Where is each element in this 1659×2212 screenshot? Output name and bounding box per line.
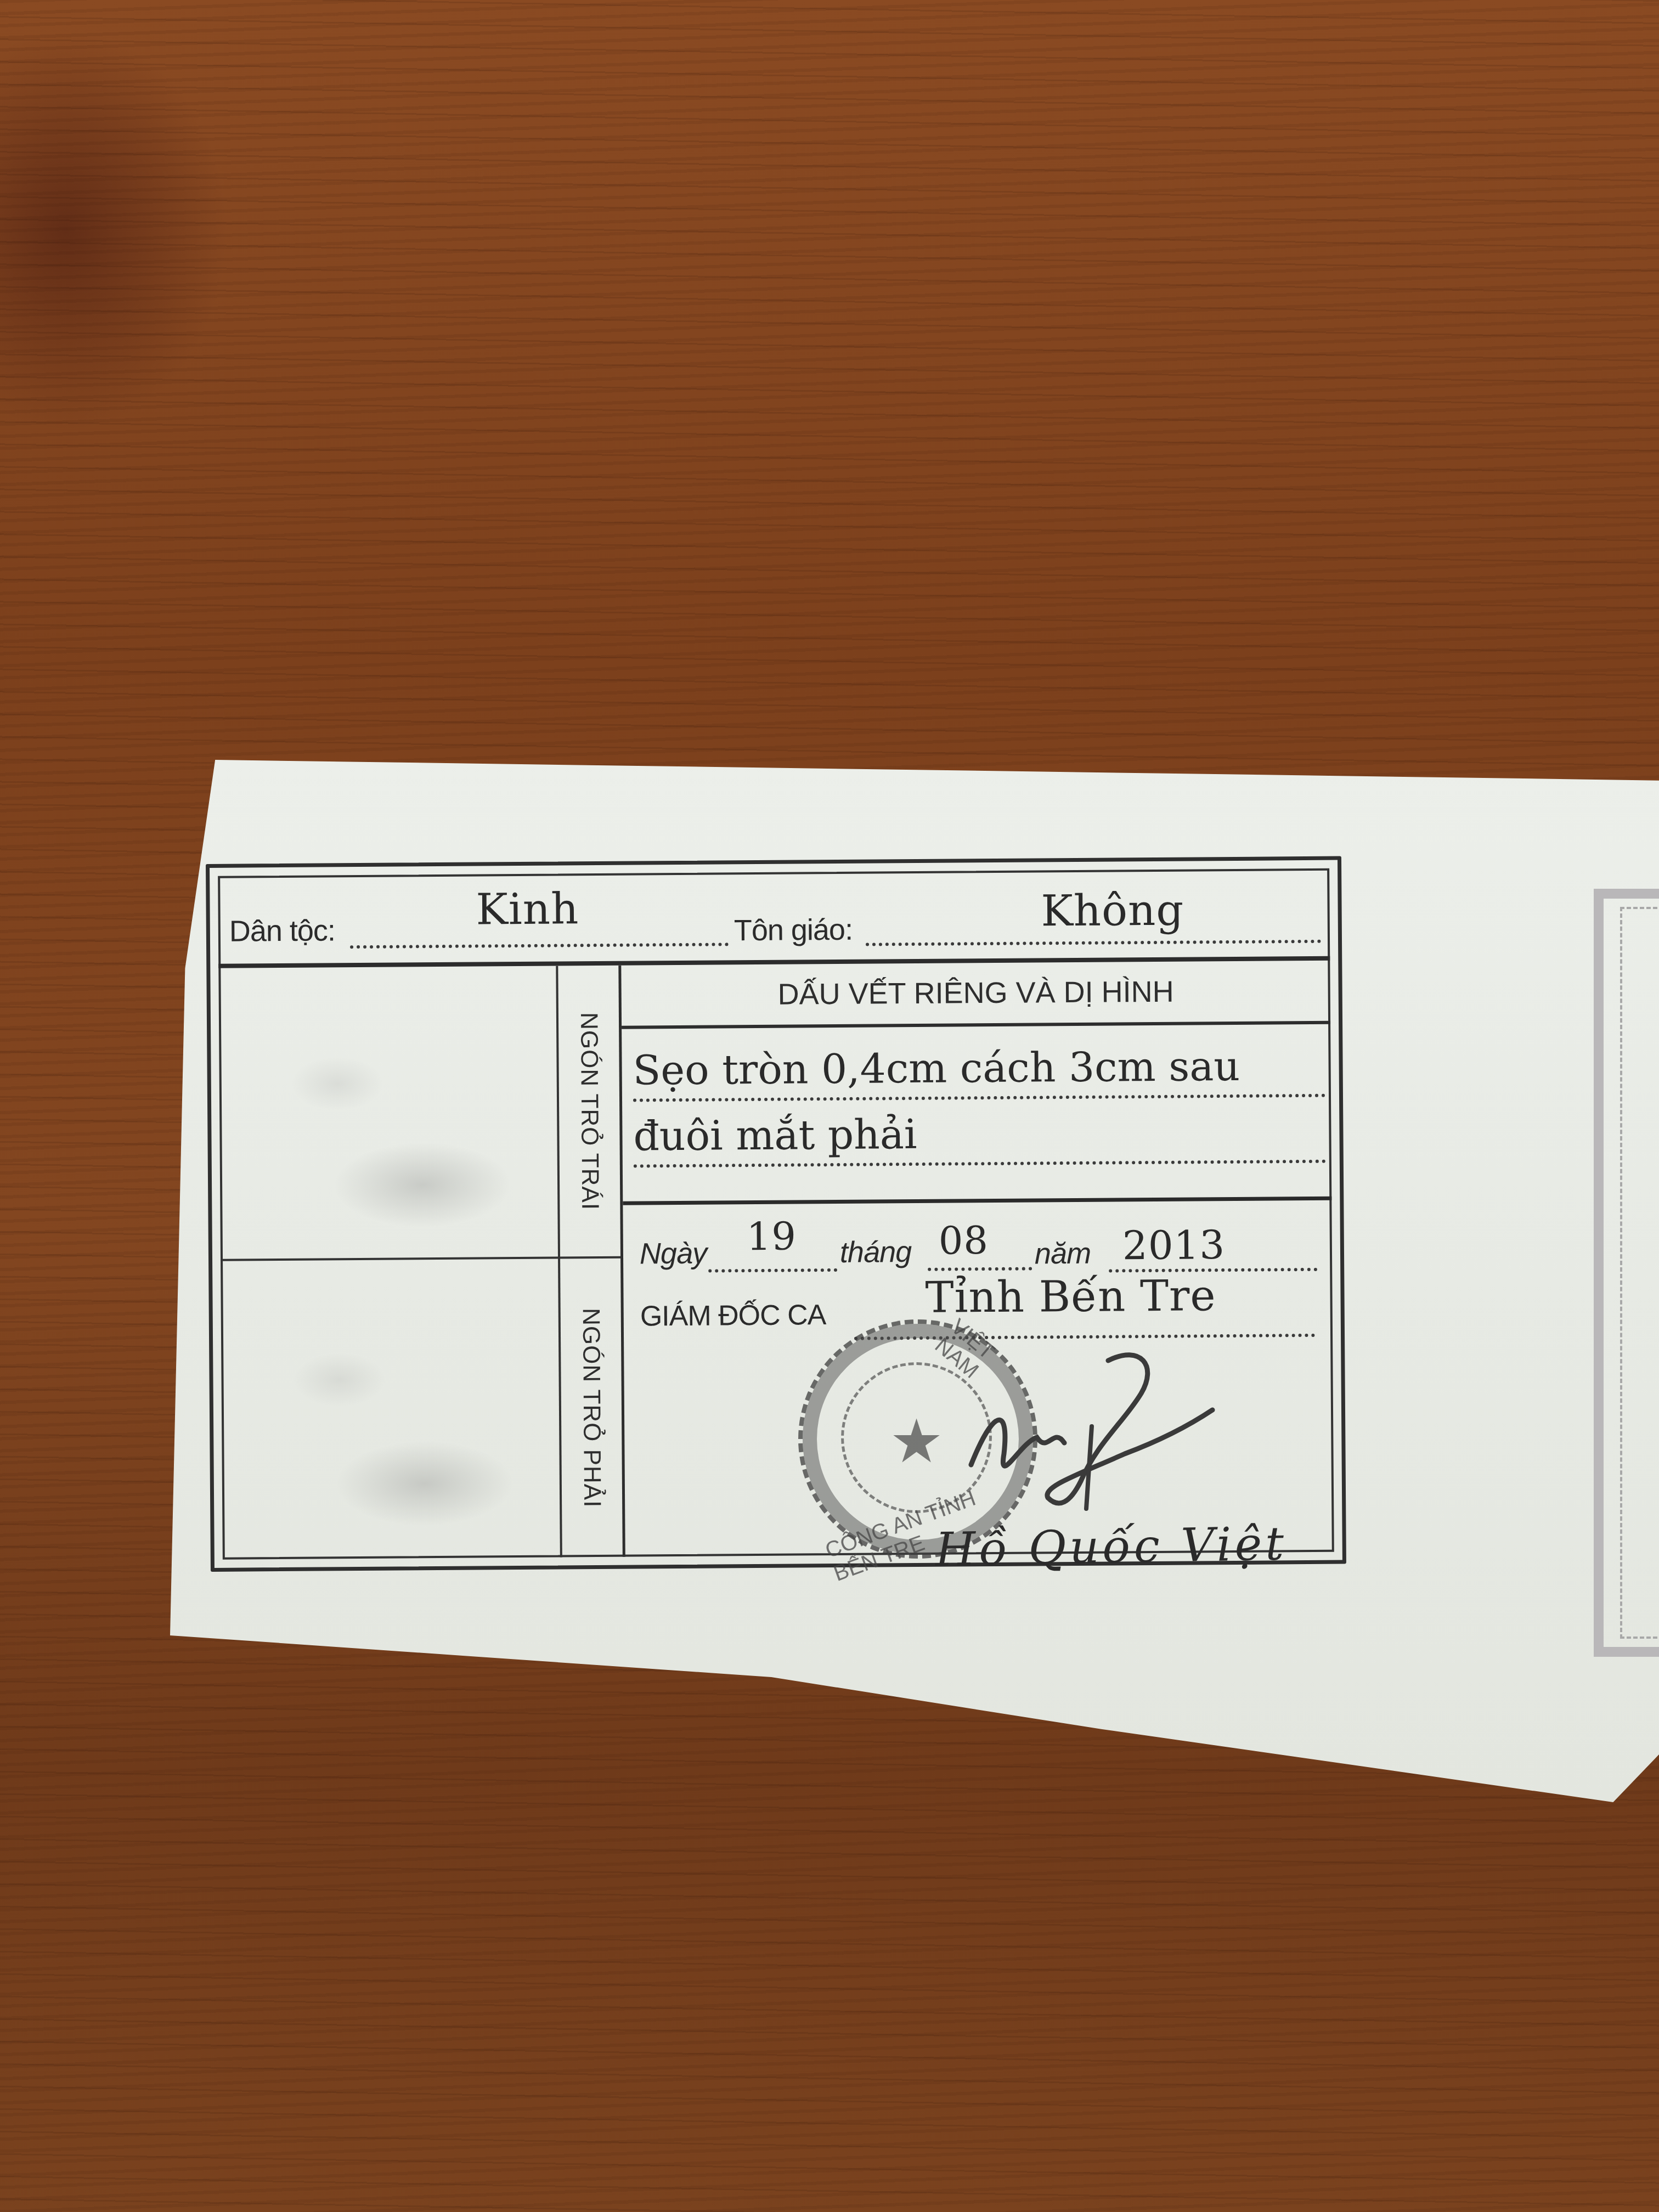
left-index-label-cell: NGÓN TRỎ TRÁI xyxy=(558,966,620,1259)
right-index-label: NGÓN TRỎ PHẢI xyxy=(577,1308,606,1508)
religion-value: Không xyxy=(1041,886,1184,936)
day-label: Ngày xyxy=(640,1237,707,1271)
right-index-fingerprint-box xyxy=(221,1259,560,1560)
year-value: 2013 xyxy=(1122,1222,1226,1268)
adjacent-card-edge xyxy=(1594,889,1659,1657)
marks-section-divider xyxy=(623,1197,1331,1205)
fingerprint-label-column: NGÓN TRỎ TRÁI NGÓN TRỎ PHẢI xyxy=(558,966,625,1558)
left-index-fingerprint-box xyxy=(218,966,558,1261)
religion-label: Tôn giáo: xyxy=(734,913,853,948)
issuer-province: Tỉnh Bến Tre xyxy=(925,1271,1216,1323)
marks-line-1: Sẹo tròn 0,4cm cách 3cm sau xyxy=(633,1029,1325,1102)
left-index-label: NGÓN TRỎ TRÁI xyxy=(575,1012,604,1210)
signature xyxy=(960,1344,1289,1542)
month-value: 08 xyxy=(939,1218,989,1263)
day-value: 19 xyxy=(746,1214,797,1259)
ethnicity-religion-row: Dân tộc: Kinh Tôn giáo: Không xyxy=(218,868,1330,968)
month-label: tháng xyxy=(840,1235,912,1269)
year-label: năm xyxy=(1035,1237,1091,1271)
right-index-label-cell: NGÓN TRỎ PHẢI xyxy=(560,1259,623,1558)
ethnicity-label: Dân tộc: xyxy=(229,913,336,948)
day-dotted-line xyxy=(708,1268,837,1273)
marks-line-2: đuôi mắt phải xyxy=(633,1095,1326,1168)
fingerprint-column xyxy=(218,966,562,1560)
religion-dotted-line xyxy=(866,940,1321,946)
issuer-title-label: GIÁM ĐỐC CA xyxy=(640,1299,826,1333)
issue-date-row: Ngày 19 tháng 08 năm 2013 xyxy=(639,1210,1321,1276)
marks-section-title: DẤU VẾT RIÊNG VÀ DỊ HÌNH xyxy=(621,961,1330,1029)
signer-name: Hồ Quốc Việt xyxy=(935,1516,1288,1576)
month-dotted-line xyxy=(928,1267,1032,1271)
adjacent-card-inner-border xyxy=(1620,907,1659,1639)
ethnicity-value: Kinh xyxy=(476,884,579,934)
ethnicity-dotted-line xyxy=(350,943,729,949)
